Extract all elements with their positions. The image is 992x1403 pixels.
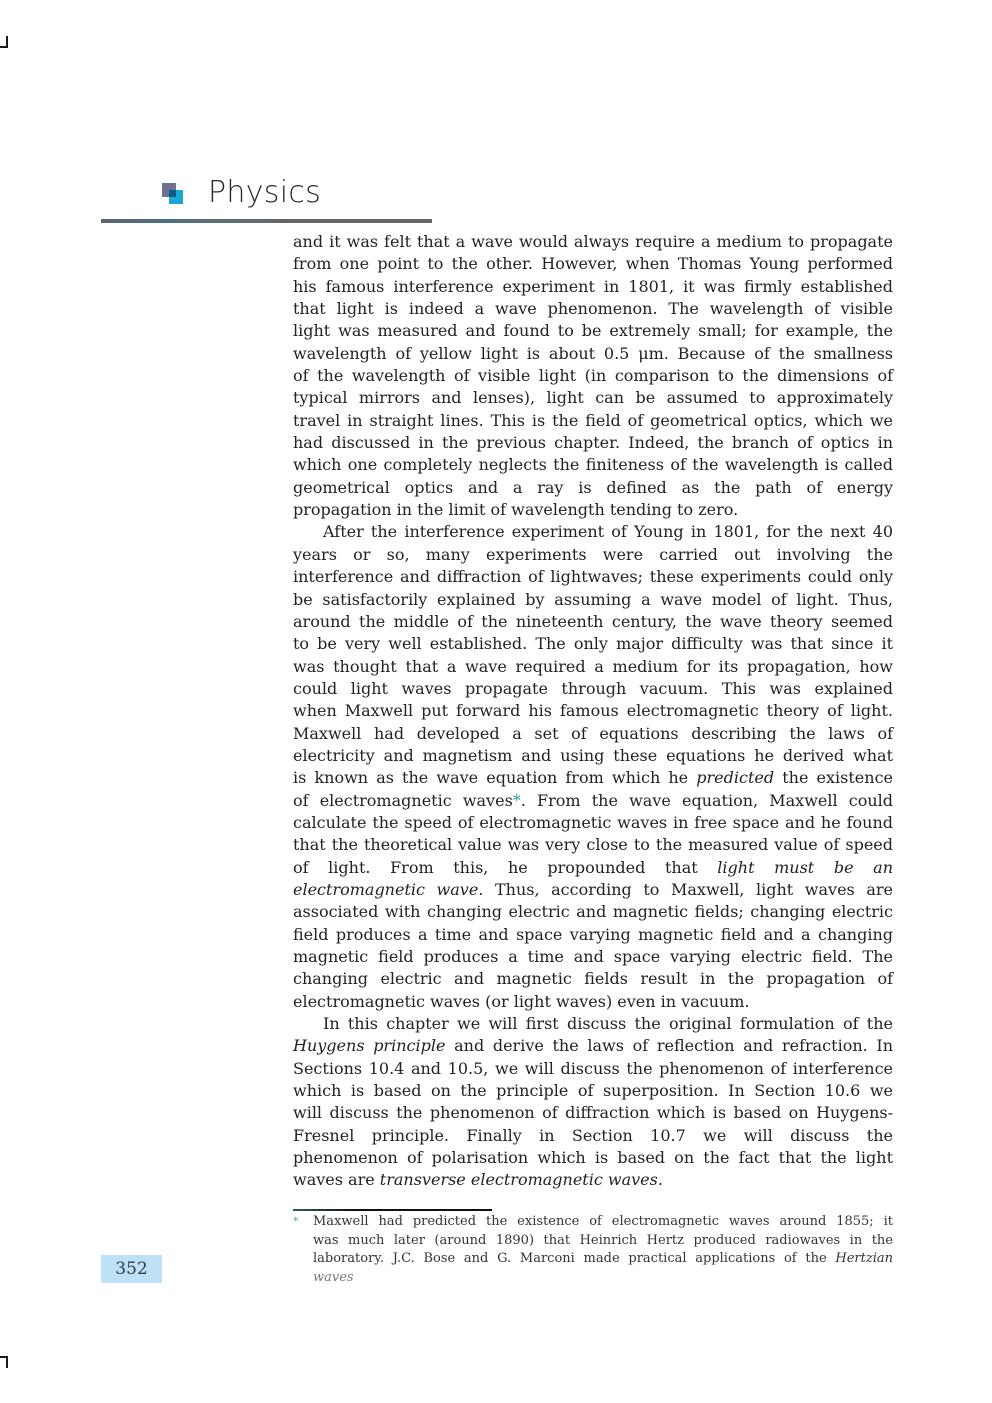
text-line: when Maxwell put forward his famous elec… bbox=[293, 700, 893, 722]
text-line: After the interference experiment of You… bbox=[293, 521, 893, 543]
text-line: that light is indeed a wave phenomenon. … bbox=[293, 298, 893, 320]
text-line: to be very well established. The only ma… bbox=[293, 633, 893, 655]
text-line: was thought that a wave required a mediu… bbox=[293, 656, 893, 678]
body-text: and it was felt that a wave would always… bbox=[293, 231, 893, 1192]
text-line: around the middle of the nineteenth cent… bbox=[293, 611, 893, 633]
text-line: of light. From this, he propounded that … bbox=[293, 857, 893, 879]
footnote-line: laboratory. J.C. Bose and G. Marconi mad… bbox=[313, 1250, 893, 1269]
footnote-line: waves bbox=[313, 1269, 893, 1288]
text-line: travel in straight lines. This is the fi… bbox=[293, 410, 893, 432]
text-line: light was measured and found to be extre… bbox=[293, 320, 893, 342]
footnote-marker: * bbox=[293, 1213, 299, 1232]
text-line: geometrical optics and a ray is defined … bbox=[293, 477, 893, 499]
text-line: Sections 10.4 and 10.5, we will discuss … bbox=[293, 1058, 893, 1080]
text-line: is known as the wave equation from which… bbox=[293, 767, 893, 789]
text-line: electricity and magnetism and using thes… bbox=[293, 745, 893, 767]
text-line: Maxwell had developed a set of equations… bbox=[293, 723, 893, 745]
footnote-line: Maxwell had predicted the existence of e… bbox=[313, 1213, 893, 1232]
emphasis-predicted: predicted bbox=[696, 768, 774, 787]
text-line: In this chapter we will first discuss th… bbox=[293, 1013, 893, 1035]
crop-mark-top-left bbox=[0, 36, 8, 48]
text-line: which is based on the principle of super… bbox=[293, 1080, 893, 1102]
text-line: field produces a time and space varying … bbox=[293, 924, 893, 946]
footnote-divider bbox=[293, 1209, 492, 1211]
text-line: years or so, many experiments were carri… bbox=[293, 544, 893, 566]
emphasis-light-em-wave-cont: electromagnetic wave. bbox=[293, 880, 483, 899]
text-line: that the theoretical value was very clos… bbox=[293, 834, 893, 856]
text-line: electromagnetic waves (or light waves) e… bbox=[293, 991, 893, 1013]
text-line: of the wavelength of visible light (in c… bbox=[293, 365, 893, 387]
emphasis-huygens-principle: Huygens principle bbox=[293, 1036, 445, 1055]
footnote-reference[interactable]: * bbox=[513, 791, 521, 810]
emphasis-light-em-wave: light must be an bbox=[717, 858, 893, 877]
emphasis-transverse-em-waves: transverse electromagnetic waves bbox=[380, 1170, 658, 1189]
text-line: could light waves propagate through vacu… bbox=[293, 678, 893, 700]
text-line: electromagnetic wave. Thus, according to… bbox=[293, 879, 893, 901]
text-line: phenomenon of polarisation which is base… bbox=[293, 1147, 893, 1169]
text-line: his famous interference experiment in 18… bbox=[293, 276, 893, 298]
text-line: associated with changing electric and ma… bbox=[293, 901, 893, 923]
text-line: of electromagnetic waves*. From the wave… bbox=[293, 790, 893, 812]
text-line: which one completely neglects the finite… bbox=[293, 454, 893, 476]
overlapping-squares-icon bbox=[160, 177, 190, 207]
footnote: * Maxwell had predicted the existence of… bbox=[293, 1213, 893, 1287]
crop-mark-bottom-left bbox=[0, 1356, 8, 1368]
text-line: typical mirrors and lenses), light can b… bbox=[293, 387, 893, 409]
page-title: Physics bbox=[208, 175, 321, 210]
page-number: 352 bbox=[101, 1255, 162, 1283]
text-line: calculate the speed of electromagnetic w… bbox=[293, 812, 893, 834]
page-header: Physics bbox=[160, 172, 321, 212]
text-line: will discuss the phenomenon of diffracti… bbox=[293, 1102, 893, 1124]
text-line: waves are transverse electromagnetic wav… bbox=[293, 1169, 893, 1191]
text-line: Huygens principle and derive the laws of… bbox=[293, 1035, 893, 1057]
emphasis-hertzian: Hertzian bbox=[835, 1251, 893, 1266]
text-line: and it was felt that a wave would always… bbox=[293, 231, 893, 253]
text-line: propagation in the limit of wavelength t… bbox=[293, 499, 893, 521]
text-line: interference and diffraction of lightwav… bbox=[293, 566, 893, 588]
text-line: be satisfactorily explained by assuming … bbox=[293, 589, 893, 611]
text-line: changing electric and magnetic fields re… bbox=[293, 968, 893, 990]
text-line: had discussed in the previous chapter. I… bbox=[293, 432, 893, 454]
text-line: from one point to the other. However, wh… bbox=[293, 253, 893, 275]
header-divider bbox=[101, 219, 432, 223]
text-line: magnetic field produces a time and space… bbox=[293, 946, 893, 968]
text-line: Fresnel principle. Finally in Section 10… bbox=[293, 1125, 893, 1147]
footnote-line: was much later (around 1890) that Heinri… bbox=[313, 1232, 893, 1251]
text-line: wavelength of yellow light is about 0.5 … bbox=[293, 343, 893, 365]
